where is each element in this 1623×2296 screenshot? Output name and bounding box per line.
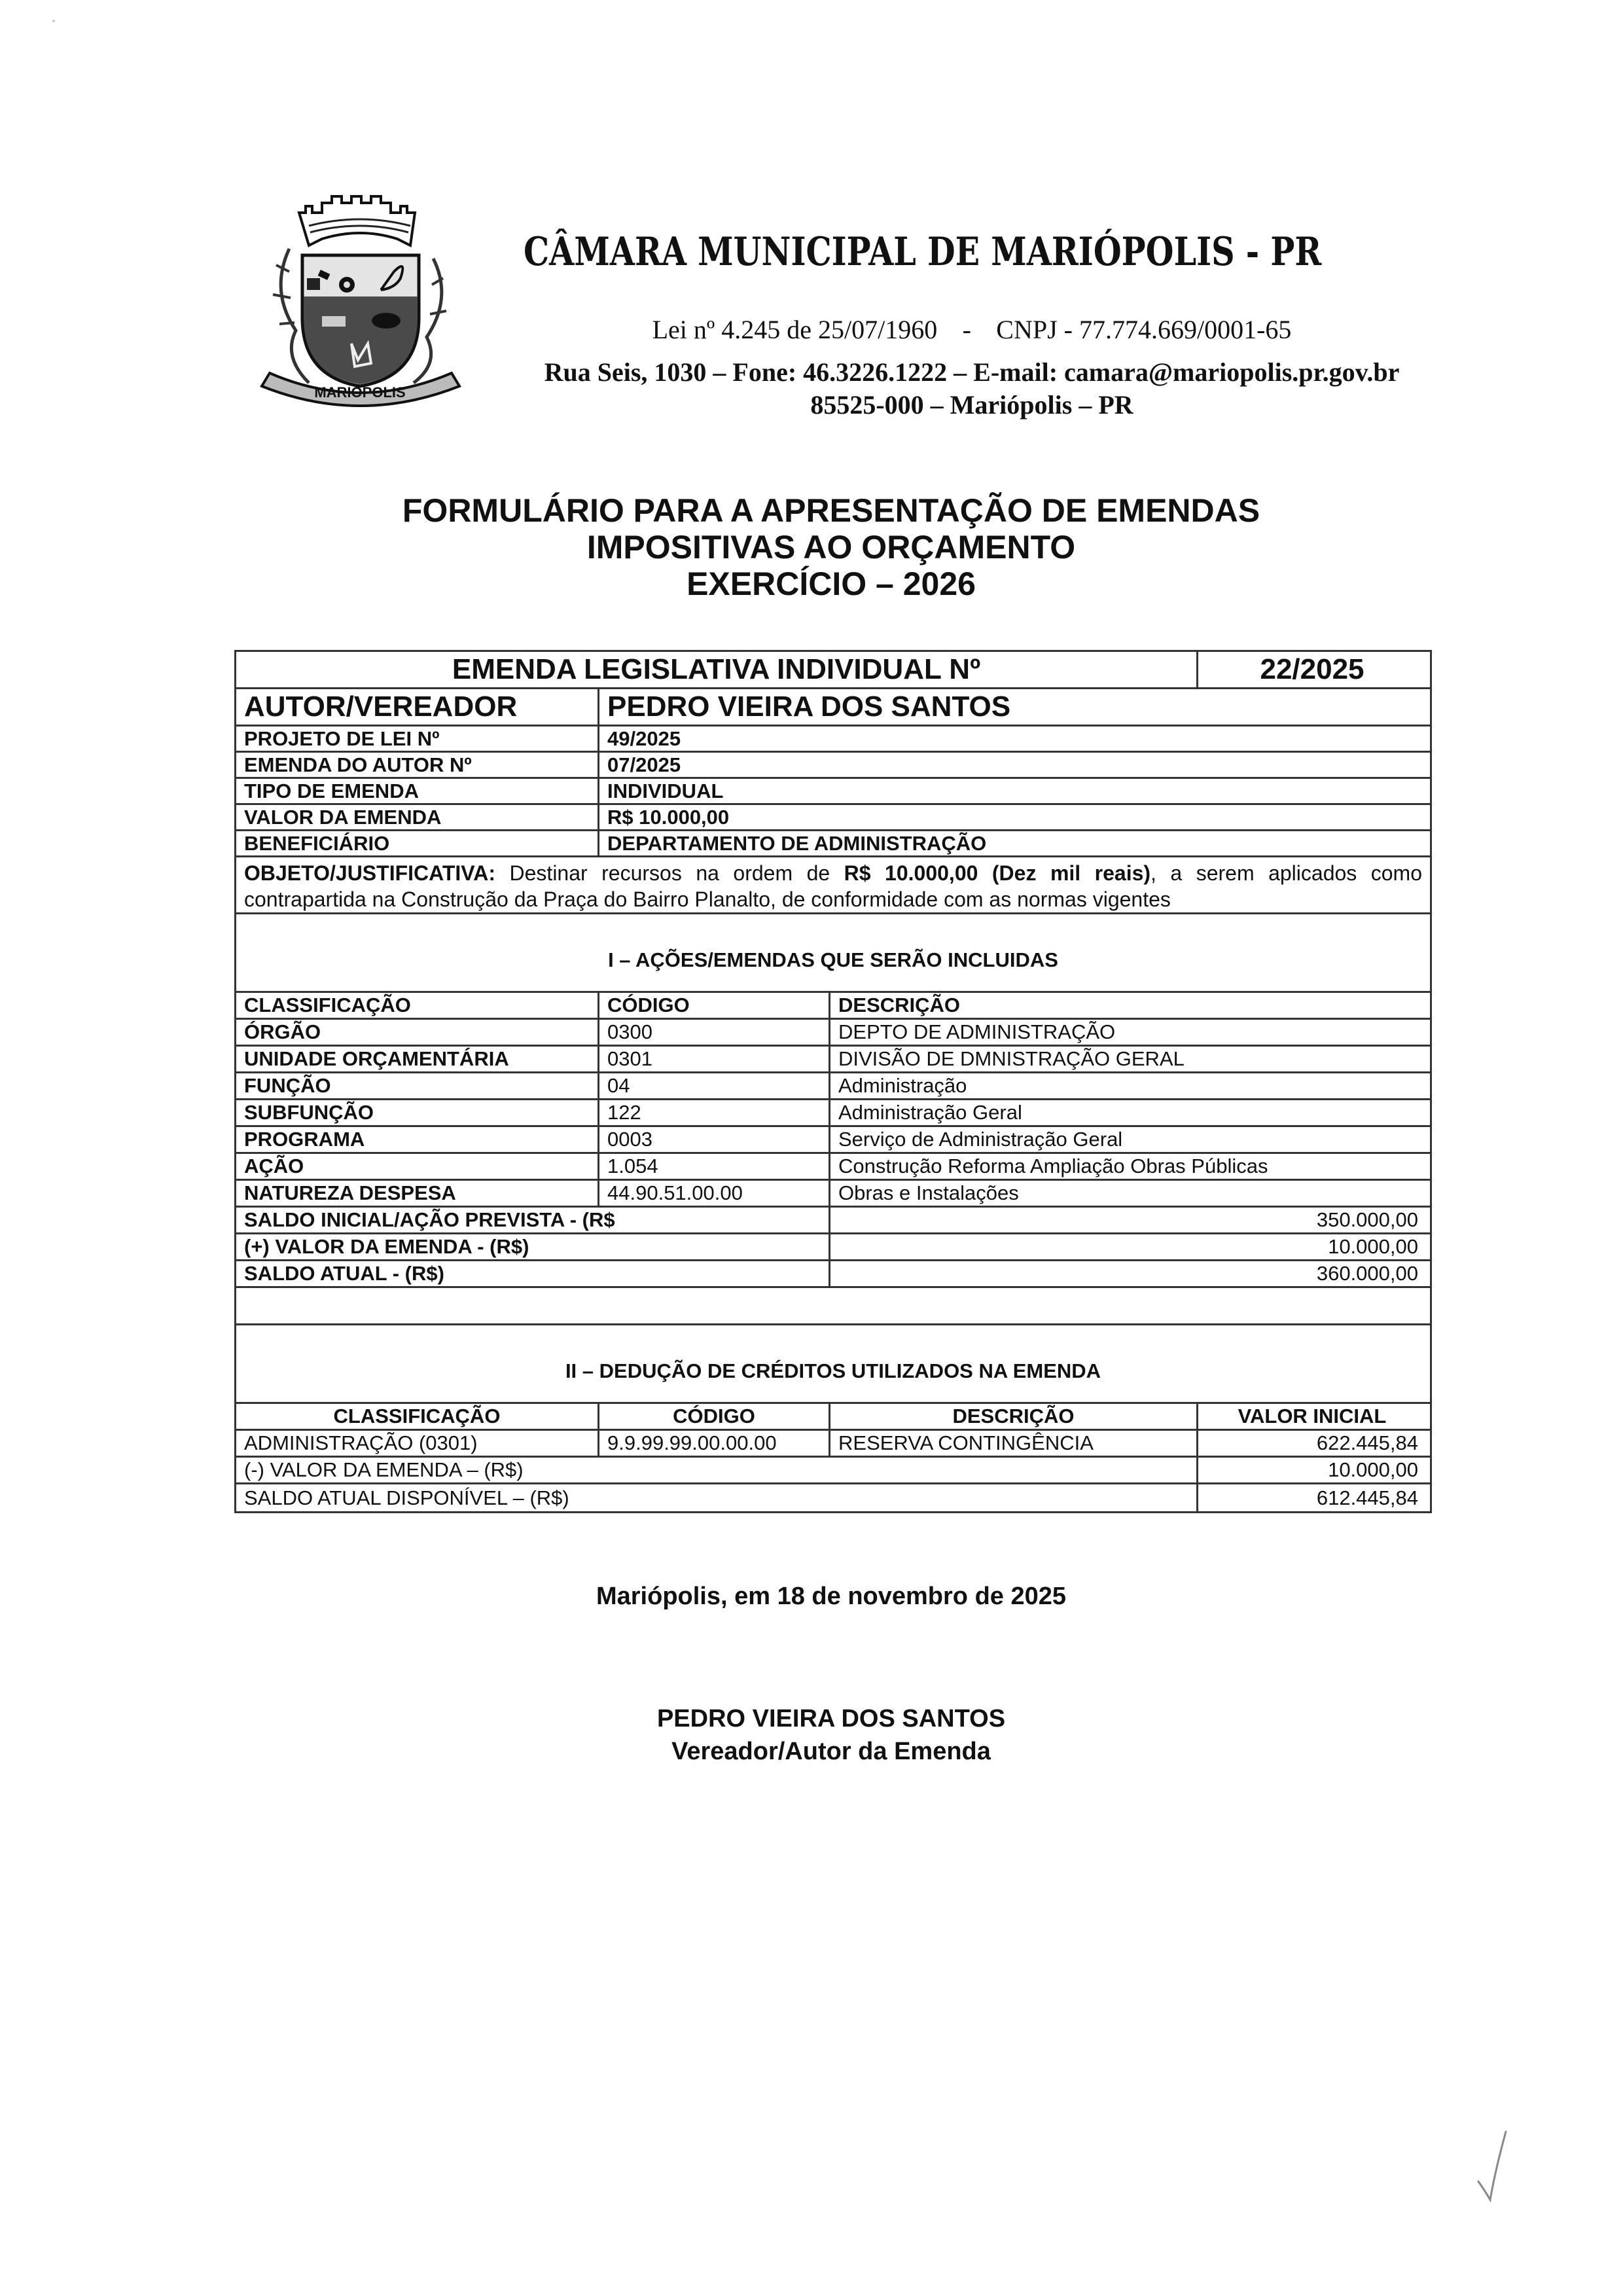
- descricao: DEPTO DE ADMINISTRAÇÃO: [829, 1020, 1426, 1045]
- field-label: VALOR DA EMENDA: [236, 805, 597, 829]
- codigo: 0300: [597, 1020, 829, 1045]
- codigo: 122: [597, 1100, 829, 1125]
- table-row: FUNÇÃO 04 Administração: [236, 1073, 1430, 1100]
- classificacao: NATUREZA DESPESA: [236, 1181, 597, 1206]
- codigo: 0003: [597, 1127, 829, 1152]
- descricao: Administração Geral: [829, 1100, 1426, 1125]
- address-line: Rua Seis, 1030 – Fone: 46.3226.1222 – E-…: [497, 357, 1446, 387]
- codigo: 44.90.51.00.00: [597, 1181, 829, 1206]
- blank-row: [236, 1288, 1430, 1325]
- col-header-classificacao: CLASSIFICAÇÃO: [236, 993, 597, 1018]
- total-label: SALDO INICIAL/AÇÃO PREVISTA - (R$: [236, 1208, 829, 1232]
- codigo: 1.054: [597, 1154, 829, 1179]
- codigo: 9.9.99.99.00.00.00: [597, 1431, 829, 1456]
- total-value: 10.000,00: [1196, 1458, 1426, 1482]
- total-value: 360.000,00: [829, 1261, 1426, 1286]
- objective-pre: Destinar recursos na ordem de: [510, 861, 830, 885]
- descricao: Administração: [829, 1073, 1426, 1098]
- section2-title-row: II – DEDUÇÃO DE CRÉDITOS UTILIZADOS NA E…: [236, 1325, 1430, 1404]
- date-line: Mariópolis, em 18 de novembro de 2025: [223, 1583, 1440, 1611]
- institution-title: CÂMARA MUNICIPAL DE MARIÓPOLIS - PR: [524, 229, 1275, 275]
- section1-title-row: I – AÇÕES/EMENDAS QUE SERÃO INCLUIDAS: [236, 914, 1430, 993]
- total-value: 10.000,00: [829, 1234, 1426, 1259]
- amendment-header-row: EMENDA LEGISLATIVA INDIVIDUAL Nº 22/2025: [236, 652, 1430, 689]
- field-value: 49/2025: [597, 726, 1426, 751]
- field-label: EMENDA DO AUTOR Nº: [236, 753, 597, 777]
- section1-title: I – AÇÕES/EMENDAS QUE SERÃO INCLUIDAS: [236, 914, 1430, 991]
- classificacao: PROGRAMA: [236, 1127, 597, 1152]
- col-header-classificacao: CLASSIFICAÇÃO: [236, 1404, 597, 1429]
- amendment-number: 22/2025: [1196, 652, 1426, 687]
- author-value: PEDRO VIEIRA DOS SANTOS: [597, 689, 1426, 725]
- col-header-codigo: CÓDIGO: [597, 993, 829, 1018]
- form-title-line-1: FORMULÁRIO PARA A APRESENTAÇÃO DE EMENDA…: [223, 492, 1440, 529]
- classificacao: UNIDADE ORÇAMENTÁRIA: [236, 1047, 597, 1071]
- table-row: ÓRGÃO 0300 DEPTO DE ADMINISTRAÇÃO: [236, 1020, 1430, 1047]
- total-value: 350.000,00: [829, 1208, 1426, 1232]
- author-row: AUTOR/VEREADOR PEDRO VIEIRA DOS SANTOS: [236, 689, 1430, 726]
- table-row: SUBFUNÇÃO 122 Administração Geral: [236, 1100, 1430, 1127]
- amendment-form-table: EMENDA LEGISLATIVA INDIVIDUAL Nº 22/2025…: [234, 650, 1432, 1513]
- total-row: (-) VALOR DA EMENDA – (R$) 10.000,00: [236, 1458, 1430, 1484]
- form-title-line-3: EXERCÍCIO – 2026: [223, 565, 1440, 602]
- law-cnpj-line: Lei nº 4.245 de 25/07/1960-CNPJ - 77.774…: [497, 314, 1446, 345]
- total-label: SALDO ATUAL DISPONÍVEL – (R$): [236, 1484, 1196, 1511]
- signer-role: Vereador/Autor da Emenda: [223, 1738, 1440, 1766]
- table-row: PROGRAMA 0003 Serviço de Administração G…: [236, 1127, 1430, 1154]
- col-header-descricao: DESCRIÇÃO: [829, 1404, 1196, 1429]
- field-value: 07/2025: [597, 753, 1426, 777]
- info-row: PROJETO DE LEI Nº 49/2025: [236, 726, 1430, 753]
- objective-label: OBJETO/JUSTIFICATIVA:: [244, 861, 495, 885]
- col-header-valor-inicial: VALOR INICIAL: [1196, 1404, 1426, 1429]
- info-row: EMENDA DO AUTOR Nº 07/2025: [236, 753, 1430, 779]
- check-mark-icon: [1476, 2130, 1508, 2202]
- codigo: 0301: [597, 1047, 829, 1071]
- table-row: ADMINISTRAÇÃO (0301) 9.9.99.99.00.00.00 …: [236, 1431, 1430, 1458]
- table-row: NATUREZA DESPESA 44.90.51.00.00 Obras e …: [236, 1181, 1430, 1208]
- author-label: AUTOR/VEREADOR: [236, 689, 597, 725]
- field-value: DEPARTAMENTO DE ADMINISTRAÇÃO: [597, 831, 1426, 855]
- valor-inicial: 622.445,84: [1196, 1431, 1426, 1456]
- col-header-descricao: DESCRIÇÃO: [829, 993, 1426, 1018]
- descricao: DIVISÃO DE DMNISTRAÇÃO GERAL: [829, 1047, 1426, 1071]
- cep-line: 85525-000 – Mariópolis – PR: [497, 389, 1446, 420]
- classificacao: ADMINISTRAÇÃO (0301): [236, 1431, 597, 1456]
- descricao: RESERVA CONTINGÊNCIA: [829, 1431, 1196, 1456]
- crest-label: MARIÓPOLIS: [314, 384, 405, 401]
- field-label: PROJETO DE LEI Nº: [236, 726, 597, 751]
- field-label: TIPO DE EMENDA: [236, 779, 597, 803]
- total-label: SALDO ATUAL - (R$): [236, 1261, 829, 1286]
- table-row: AÇÃO 1.054 Construção Reforma Ampliação …: [236, 1154, 1430, 1181]
- classificacao: FUNÇÃO: [236, 1073, 597, 1098]
- total-label: (+) VALOR DA EMENDA - (R$): [236, 1234, 829, 1259]
- objective-text: OBJETO/JUSTIFICATIVA: Destinar recursos …: [236, 857, 1430, 912]
- form-title-line-2: IMPOSITIVAS AO ORÇAMENTO: [223, 529, 1440, 565]
- total-row: SALDO ATUAL DISPONÍVEL – (R$) 612.445,84: [236, 1484, 1430, 1511]
- amendment-header-label: EMENDA LEGISLATIVA INDIVIDUAL Nº: [236, 652, 1196, 687]
- objective-row: OBJETO/JUSTIFICATIVA: Destinar recursos …: [236, 857, 1430, 914]
- total-row: SALDO INICIAL/AÇÃO PREVISTA - (R$ 350.00…: [236, 1208, 1430, 1234]
- total-label: (-) VALOR DA EMENDA – (R$): [236, 1458, 1196, 1482]
- field-value: INDIVIDUAL: [597, 779, 1426, 803]
- section2-title: II – DEDUÇÃO DE CRÉDITOS UTILIZADOS NA E…: [236, 1325, 1430, 1402]
- municipal-coat-of-arms-icon: MARIÓPOLIS: [243, 187, 476, 412]
- col-header-codigo: CÓDIGO: [597, 1404, 829, 1429]
- classificacao: ÓRGÃO: [236, 1020, 597, 1045]
- info-row: TIPO DE EMENDA INDIVIDUAL: [236, 779, 1430, 805]
- section2-header-row: CLASSIFICAÇÃO CÓDIGO DESCRIÇÃO VALOR INI…: [236, 1404, 1430, 1431]
- total-row: (+) VALOR DA EMENDA - (R$) 10.000,00: [236, 1234, 1430, 1261]
- section1-header-row: CLASSIFICAÇÃO CÓDIGO DESCRIÇÃO: [236, 993, 1430, 1020]
- cnpj: CNPJ - 77.774.669/0001-65: [996, 315, 1291, 344]
- codigo: 04: [597, 1073, 829, 1098]
- law-reference: Lei nº 4.245 de 25/07/1960: [652, 315, 938, 344]
- field-label: BENEFICIÁRIO: [236, 831, 597, 855]
- descricao: Obras e Instalações: [829, 1181, 1426, 1206]
- scan-speck: [52, 20, 55, 22]
- classificacao: AÇÃO: [236, 1154, 597, 1179]
- classificacao: SUBFUNÇÃO: [236, 1100, 597, 1125]
- coat-of-arms-logo: MARIÓPOLIS: [243, 187, 476, 412]
- total-value: 612.445,84: [1196, 1484, 1426, 1511]
- signer-name: PEDRO VIEIRA DOS SANTOS: [223, 1705, 1440, 1733]
- separator: -: [937, 314, 996, 345]
- form-title: FORMULÁRIO PARA A APRESENTAÇÃO DE EMENDA…: [223, 492, 1440, 602]
- objective-amount: R$ 10.000,00 (Dez mil reais): [844, 861, 1150, 885]
- descricao: Construção Reforma Ampliação Obras Públi…: [829, 1154, 1426, 1179]
- info-row: VALOR DA EMENDA R$ 10.000,00: [236, 805, 1430, 831]
- field-value: R$ 10.000,00: [597, 805, 1426, 829]
- info-row: BENEFICIÁRIO DEPARTAMENTO DE ADMINISTRAÇ…: [236, 831, 1430, 857]
- table-row: UNIDADE ORÇAMENTÁRIA 0301 DIVISÃO DE DMN…: [236, 1047, 1430, 1073]
- total-row: SALDO ATUAL - (R$) 360.000,00: [236, 1261, 1430, 1288]
- descricao: Serviço de Administração Geral: [829, 1127, 1426, 1152]
